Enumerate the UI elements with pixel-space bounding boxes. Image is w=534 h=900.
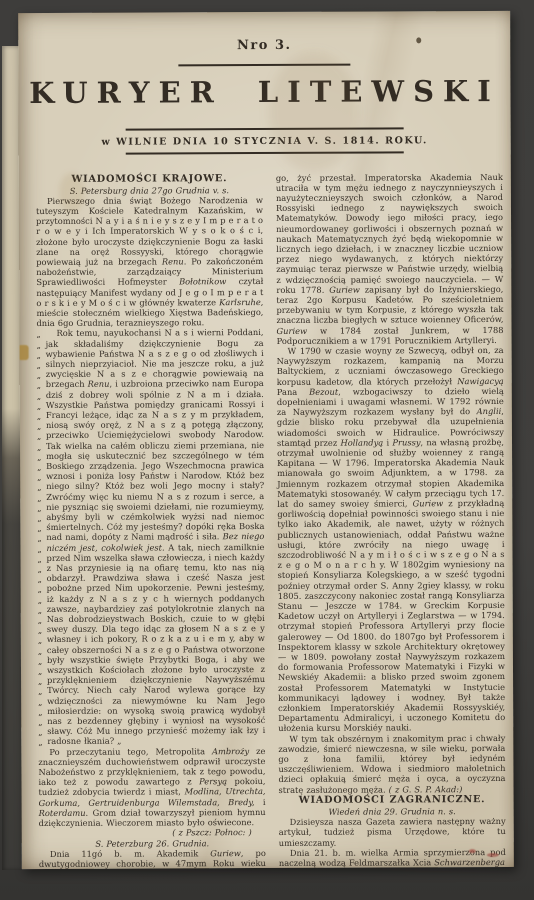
section-heading: WIADOMOŚCI ZAGRANICZNE. xyxy=(279,794,506,807)
newspaper-title: KURYER LITEWSKI xyxy=(18,74,510,110)
header-rule-lower xyxy=(126,151,404,154)
left-column: WIADOMOŚCI KRAJOWE.S. Petersburg dnia 27… xyxy=(36,173,266,870)
quote-line-marks: „ „ „ „ „ „ „ „ „ „ „ „ „ „ „ „ „ „ „ „ … xyxy=(37,329,43,747)
article-paragraph: Pierwszego dnia świąt Bożego Narodzenia … xyxy=(36,195,264,329)
manifest-quote: „ „ „ „ „ „ „ „ „ „ „ „ „ „ „ „ „ „ „ „ … xyxy=(37,327,266,746)
header-rule-top xyxy=(178,64,350,67)
newspaper-page: Nro 3. KURYER LITEWSKI w WILNIE DNIA 10 … xyxy=(18,11,514,869)
issue-number: Nro 3. xyxy=(18,37,510,54)
article-paragraph: Dzisieysza nasza Gazeta zawiera następny… xyxy=(279,816,506,848)
article-dateline: S. Petersburg dnia 27go Grudnia v. s. xyxy=(36,185,263,196)
source-credit: ( z Pszcz: Połnoc: ) xyxy=(39,827,266,838)
section-heading: WIADOMOŚCI KRAJOWE. xyxy=(36,173,263,186)
article-paragraph: go, żyć przestał. Imperatorska Akademia … xyxy=(276,171,504,345)
article-paragraph: W 1790 w czasie woyny ze Szwecyą, odbył … xyxy=(277,345,506,734)
article-paragraph: Dnia 21. b. m. wielka Armia sprzymierzon… xyxy=(279,847,506,868)
header-rule-upper xyxy=(126,127,404,130)
newspaper-scan: Nro 3. KURYER LITEWSKI w WILNIE DNIA 10 … xyxy=(0,0,534,900)
article-paragraph: Rok temu, nayukochansi N a s i wierni Po… xyxy=(46,327,266,746)
publication-dateline: w WILNIE DNIA 10 STYCZNIA V. S. 1814. RO… xyxy=(19,135,511,148)
article-columns: WIADOMOŚCI KRAJOWE.S. Petersburg dnia 27… xyxy=(19,171,514,869)
article-paragraph: W tym tak obszérnym i znakomitym prac i … xyxy=(278,733,505,795)
paper-stain xyxy=(268,52,359,172)
article-paragraph: Po przeczytaniu tego, Metropolita Ambroż… xyxy=(38,746,265,829)
article-paragraph: Dnia 11gó b. m. Akademik Guriew, po dwut… xyxy=(39,848,266,869)
right-column: go, żyć przestał. Imperatorska Akademia … xyxy=(276,171,506,869)
